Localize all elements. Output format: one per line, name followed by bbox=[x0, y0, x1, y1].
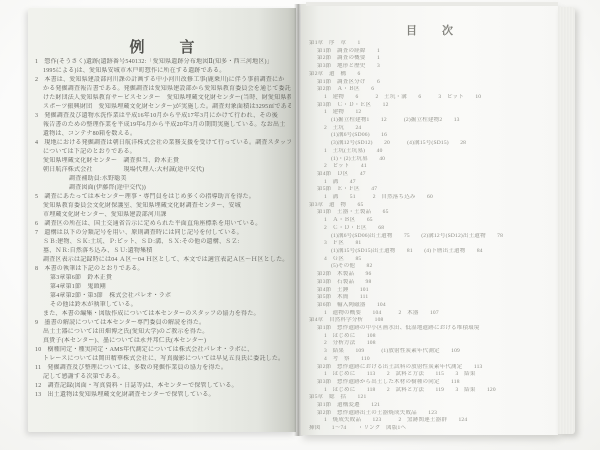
reigen-line: については下記のとおりである。 bbox=[35, 148, 291, 157]
reigen-line: 愛知県教育委員会文化財保護室、愛知県埋蔵文化財調査センター、安城 bbox=[35, 202, 291, 211]
reigen-line: 1 惣作(そうさく)遺跡(遺跡番号540132:「愛知県遺跡分布地図Ⅱ(知多・西… bbox=[35, 58, 291, 67]
right-page: 目 次 第1章 序 章 1第1節 調査の経緯 1第2節 調査の概要 1第3節 地… bbox=[301, 4, 558, 435]
reigen-line: 真貴子(本センター)、墨については永井邦仁氏(本センター) bbox=[35, 337, 291, 346]
toc-entry: 1 建物 12 bbox=[309, 109, 553, 117]
reigen-line: 4 現地における発掘調査は朝日航洋株式会社の業務支援を受けて行っている。調査スタ… bbox=[35, 139, 291, 148]
toc-entry: 第3節 石製品 98 bbox=[309, 279, 553, 287]
toc-entry: 第2節 惣作遺跡出土の土器焼成失敗品 123 bbox=[309, 410, 553, 418]
open-book-photo: 例 言 1 惣作(そうさく)遺跡(遺跡番号540132:「愛知県遺跡分布地図Ⅱ(… bbox=[0, 0, 600, 450]
reigen-line: 12 調査記録(図面・写真資料・日誌等)は、本センターで保管している。 bbox=[35, 382, 291, 391]
reigen-line: 市埋蔵文化財センター、愛知県建設部河川課 bbox=[35, 211, 291, 220]
toc-entry: 第1節 惣作遺跡の中小区画水田、低湿地遺跡における堆積環境 bbox=[309, 325, 553, 333]
reigen-line: かる発掘調査報告書である。発掘調査は愛知県建設部から愛知県教育委員会を通じて委託… bbox=[35, 85, 291, 94]
toc-entry: 第5節 木簡 111 bbox=[309, 294, 553, 302]
reigen-line: 13 出土遺物は愛知県埋蔵文化財調査センターで保管している。 bbox=[35, 391, 291, 400]
reigen-text-block: 1 惣作(そうさく)遺跡(遺跡番号540132:「愛知県遺跡分布地図Ⅱ(知多・西… bbox=[35, 58, 291, 400]
toc-entry: 第1節 遺構変遷 121 bbox=[309, 402, 553, 410]
toc-entry: 第4章 自然科学分析 108 bbox=[309, 317, 553, 325]
reigen-line: 第3章第6節 鈴木正貴 bbox=[35, 274, 291, 283]
reigen-line: トレースについては岡田精華株式会社に、写真撮影については早見五良氏に委託した。 bbox=[35, 355, 291, 364]
toc-entry: 第3章 遺 物 65 bbox=[309, 202, 553, 210]
left-page: 例 言 1 惣作(そうさく)遺跡(遺跡番号540132:「愛知県遺跡分布地図Ⅱ(… bbox=[28, 8, 296, 432]
reigen-line: 2 本書は、愛知県建設部河川課の計画する中小河川改修工事(鹿乗川)に伴う事前調査… bbox=[35, 76, 291, 85]
reigen-line: 調査補助員:水野聡美 bbox=[35, 175, 291, 184]
toc-entry: 第3節 地形と歴史 3 bbox=[309, 63, 553, 71]
toc-entry: 1 溝 51 2 自然落ち込み 60 bbox=[309, 194, 553, 202]
toc-entry: 3 Ｆ区 81 bbox=[309, 240, 553, 248]
reigen-line: 記して感謝する次第である。 bbox=[35, 373, 291, 382]
reigen-line: 調査区表示は記録時には04 Ａ区〜04 Ｈ区として、本文では適宜表記Ａ区〜Ｈ区と… bbox=[35, 256, 291, 265]
reigen-line: 10 樹種同定・種実同定・AMS年代測定については株式会社パレオ・ラボに、 bbox=[35, 346, 291, 355]
toc-entry: 1 溝 47 bbox=[309, 179, 553, 187]
toc-entry: 第3節 惣作遺跡から出土した木材の樹種の同定 118 bbox=[309, 379, 553, 387]
reigen-line: 1995による)は、愛知県安城市木戸町惣作に所在する遺跡である。 bbox=[35, 67, 291, 76]
reigen-line: 9 墨書の解読については本センター専門委員の解読を得た。 bbox=[35, 319, 291, 328]
toc-entry: (1)・(2)土坑墓 40 bbox=[309, 156, 553, 164]
toc-entry: 2 分析方法 108 bbox=[309, 340, 553, 348]
reigen-line: 8 本書の執筆は下記のとおりである。 bbox=[35, 265, 291, 274]
toc-text-block: 第1章 序 章 1第1節 調査の経緯 1第2節 調査の概要 1第3節 地形と歴史… bbox=[309, 40, 553, 432]
reigen-line: 遺物は、コンテナ80箱を数える。 bbox=[35, 130, 291, 139]
reigen-line: けた財団法人愛知県教育サービスセンター 愛知県埋蔵文化財センター(当時、財愛知県… bbox=[35, 94, 291, 103]
reigen-line: その他は鈴木が執筆している。 bbox=[35, 301, 291, 310]
toc-entry: 挿図 1〜74 ・リンク 図版1へ bbox=[309, 425, 553, 432]
toc-entry: 2 ピット 41 bbox=[309, 163, 553, 171]
toc-entry: 2 土坑 24 bbox=[309, 125, 553, 133]
reigen-line: 調査図面(伊藤啓(途中交代)) bbox=[35, 184, 291, 193]
toc-entry: 1 焼成失敗品 123 2 窯跡関連土器群 124 bbox=[309, 417, 553, 425]
toc-entry: 2 Ｃ・Ｄ・Ｅ区 68 bbox=[309, 225, 553, 233]
reigen-line: 5 調査にあたっては本センター理事・専門員をはじめ多くの指導助言を得た。 bbox=[35, 193, 291, 202]
reigen-line: 11 発掘調査及び整理については、多数の発掘作業員の協力を得た。 bbox=[35, 364, 291, 373]
toc-entry: 第2節 Ａ・Ｂ区 6 bbox=[309, 86, 553, 94]
stacked-page-edges-top bbox=[306, 2, 558, 6]
toc-entry: 1 はじめに 108 bbox=[309, 333, 553, 341]
toc-entry: 1 遺物の概要 104 2 木器 107 bbox=[309, 310, 553, 318]
reigen-line: 朝日航洋株式会社 現場代理人:大村誠(途中交代) bbox=[35, 166, 291, 175]
toc-entry: 第2章 遺 構 6 bbox=[309, 71, 553, 79]
toc-page-title: 目 次 bbox=[301, 22, 558, 38]
toc-entry: 第1節 調査の経緯 1 bbox=[309, 48, 553, 56]
toc-entry: (3)溝12号(SD12) 20 (4)溝15号(SD15) 28 bbox=[309, 140, 553, 148]
stacked-page-edges-right bbox=[558, 7, 575, 434]
toc-entry: 第5節 Ｅ・Ｆ区 47 bbox=[309, 186, 553, 194]
toc-entry: 1 土坑(土坑墓) 40 bbox=[309, 148, 553, 156]
reigen-line: 第4章第1節 鬼頭剛 bbox=[35, 283, 291, 292]
reigen-line: 6 調査区の所在は、国土交通省告示に定められた平面直角座標系を用いている。 bbox=[35, 220, 291, 229]
toc-entry: 第2節 木製品 96 bbox=[309, 271, 553, 279]
reigen-line: 第4章第2節・第3節 株式会社パレオ・ラボ bbox=[35, 292, 291, 301]
toc-entry: 3 結果 109 (1)放射性炭素年代測定 109 bbox=[309, 348, 553, 356]
toc-entry: (1)溝6号(SD06) 16 bbox=[309, 132, 553, 140]
reigen-line: 7 遺構は以下の分類記号を用い、原則調査時には同じ記号を付している。 bbox=[35, 229, 291, 238]
reigen-line: また、本書の編集・図版作成については本センターのスタッフの協力を得た。 bbox=[35, 310, 291, 319]
toc-entry: 第4節 土錘 101 bbox=[309, 287, 553, 295]
toc-entry: 第1節 調査区分け 6 bbox=[309, 79, 553, 87]
toc-entry: (1)溝6号(SD06)出土遺物 75 (2)溝12号(SD12)出土遺物 78 bbox=[309, 233, 553, 241]
toc-entry: 第5章 総 括 121 bbox=[309, 394, 553, 402]
toc-entry: 第1章 序 章 1 bbox=[309, 40, 553, 48]
reigen-line: スポーツ振興財団 愛知県埋蔵文化財センター)が実施した。調査対象面積は3295㎡… bbox=[35, 103, 291, 112]
toc-entry: 第6節 輸入陶磁器 104 bbox=[309, 302, 553, 310]
reigen-line: ＳＢ:建物、ＳＫ:土坑、Ｐ:ピット、ＳＤ:溝、ＳＸ:その他の遺構、ＳＺ: bbox=[35, 238, 291, 247]
toc-entry: 第4節 Ｄ区 47 bbox=[309, 171, 553, 179]
toc-entry: (5)その他 82 bbox=[309, 263, 553, 271]
reigen-page-title: 例 言 bbox=[28, 36, 296, 57]
toc-entry: 第3節 Ｃ・Ｄ・Ｅ区 12 bbox=[309, 102, 553, 110]
toc-entry: 4 考 察 110 bbox=[309, 356, 553, 364]
toc-entry: 第1節 土器・土製品 65 bbox=[309, 209, 553, 217]
toc-entry: (1)掘立柱建物1 12 (2)掘立柱建物2 13 bbox=[309, 117, 553, 125]
reigen-line: 3 発掘調査及び遺物水洗作業は平成16年10月から平成17年3月にかけて行われ、… bbox=[35, 112, 291, 121]
toc-entry: 1 はじめに 118 2 試料と方法 119 3 結果 120 bbox=[309, 387, 553, 395]
toc-entry: 1 Ａ・Ｂ区 65 bbox=[309, 217, 553, 225]
toc-entry: 第2節 調査の概要 1 bbox=[309, 55, 553, 63]
toc-entry: (1)溝15号(SD15)出土遺物 81 (4)下層出土遺物 84 bbox=[309, 248, 553, 256]
reigen-line: 墓、ＮＲ:自然落ち込み、ＳＵ:遺物集積 bbox=[35, 247, 291, 256]
toc-entry: 第2節 惣作遺跡における出土試料の放射性炭素年代測定 113 bbox=[309, 364, 553, 372]
toc-entry: 1 はじめに 113 2 試料と方法 115 3 結果 bbox=[309, 371, 553, 379]
toc-entry: 4 Ｇ区 85 bbox=[309, 256, 553, 264]
reigen-line: 愛知県埋蔵文化財センター 調査担当、鈴木正貴 bbox=[35, 157, 291, 166]
reigen-line: 出土土器については田畑博之氏(愛知大学)のご教示を得た。 bbox=[35, 328, 291, 337]
toc-entry: 1 建物 6 2 土坑・溝 6 3 ピット 10 bbox=[309, 94, 553, 102]
reigen-line: 報告書のための整理作業を平成19年6月から平成20年3月の期間実施している。なお… bbox=[35, 121, 291, 130]
